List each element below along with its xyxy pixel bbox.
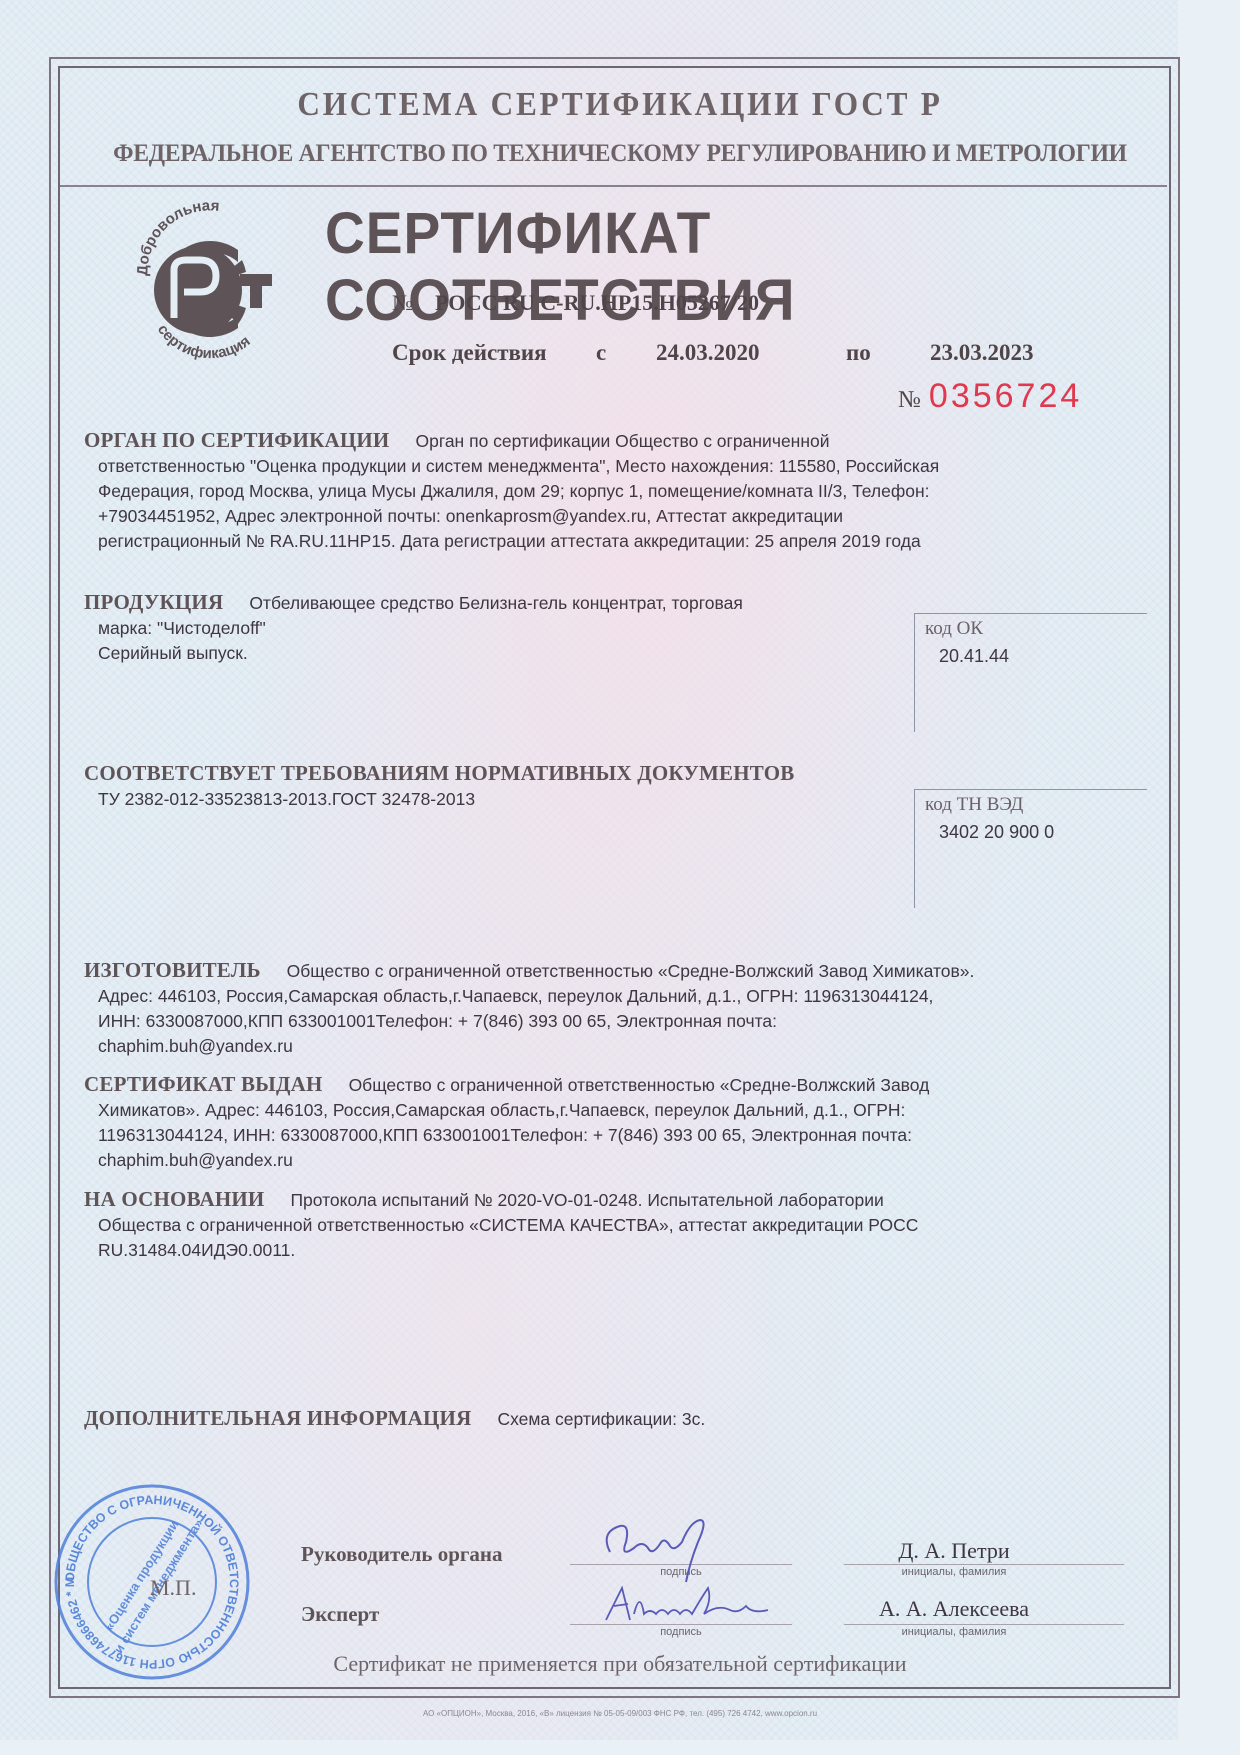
section-text-line: RU.31484.04ИДЭ0.0011. [98,1238,1164,1263]
system-title: СИСТЕМА СЕРТИФИКАЦИИ ГОСТ Р [50,86,1191,124]
printer-imprint: АО «ОПЦИОН», Москва, 2016, «В» лицензия … [0,1709,1240,1718]
tnved-code-value: 3402 20 900 0 [939,822,1147,843]
basis-first-line: Протокола испытаний № 2020-VO-01-0248. И… [290,1190,883,1210]
rst-logo: Добровольная сертификация [130,200,290,360]
manufacturer-heading: ИЗГОТОВИТЕЛЬ [84,958,261,982]
validity-label: Срок действия [392,340,547,366]
section-text-line: Серийный выпуск. [98,641,914,666]
section-text-line: +79034451952, Адрес электронной почты: o… [98,504,1124,529]
expert-name-caption: инициалы, фамилия [844,1626,1064,1638]
section-text-line: chaphim.buh@yandex.ru [98,1034,1164,1059]
okpd-code-value: 20.41.44 [939,646,1147,667]
expert-label: Эксперт [301,1602,379,1627]
certificate-number: РОСС RU С-RU.НР15.Н05267/20 [435,290,759,315]
valid-to-date: 23.03.2023 [930,340,1034,366]
serial-sign: № [898,387,921,413]
conformity-heading: СООТВЕТСТВУЕТ ТРЕБОВАНИЯМ НОРМАТИВНЫХ ДО… [84,761,794,785]
issued-to-text: Химикатов». Адрес: 446103, Россия,Самарс… [84,1098,1164,1173]
section-basis: НА ОСНОВАНИИПротокола испытаний № 2020-V… [84,1187,1164,1263]
okpd-code-box: код ОК 20.41.44 [914,613,1147,732]
section-certification-body: ОРГАН ПО СЕРТИФИКАЦИИОрган по сертификац… [84,428,1124,554]
section-text-line: ИНН: 6330087000,КПП 633001001Телефон: + … [98,1009,1164,1034]
valid-from-date: 24.03.2020 [656,340,760,366]
issued-to-first-line: Общество с ограниченной ответственностью… [349,1075,930,1095]
header-divider [60,185,1167,187]
section-text-line: марка: "Чистоделоff" [98,616,914,641]
basis-heading: НА ОСНОВАНИИ [84,1187,264,1211]
section-product: ПРОДУКЦИЯОтбеливающее средство Белизна-г… [84,590,914,666]
agency-name: ФЕДЕРАЛЬНОЕ АГЕНТСТВО ПО ТЕХНИЧЕСКОМУ РЕ… [43,138,1196,168]
section-text-line: ответственностью "Оценка продукции и сис… [98,454,1124,479]
section-text-line: Федерация, город Москва, улица Мусы Джал… [98,479,1124,504]
head-name: Д. А. Петри [844,1538,1064,1564]
rst-logo-icon: Добровольная сертификация [130,200,290,360]
section-issued-to: СЕРТИФИКАТ ВЫДАНОбщество с ограниченной … [84,1072,1164,1173]
serial-number-value: 0356724 [929,377,1082,415]
product-heading: ПРОДУКЦИЯ [84,590,223,614]
validity-to-label: по [846,340,871,366]
product-text: марка: "Чистоделоff"Серийный выпуск. [84,616,914,666]
tnved-code-box: код ТН ВЭД 3402 20 900 0 [914,789,1147,908]
certification-body-first-line: Орган по сертификации Общество с огранич… [415,431,829,451]
certificate-number-line: №РОСС RU С-RU.НР15.Н05267/20 [392,290,759,316]
section-conformity: СООТВЕТСТВУЕТ ТРЕБОВАНИЯМ НОРМАТИВНЫХ ДО… [84,761,914,812]
stamp-place-label: М.П. [150,1575,196,1601]
head-name-caption: инициалы, фамилия [844,1566,1064,1578]
section-manufacturer: ИЗГОТОВИТЕЛЬОбщество с ограниченной отве… [84,958,1164,1059]
expert-name: А. А. Алексеева [844,1596,1064,1622]
section-text-line: chaphim.buh@yandex.ru [98,1148,1164,1173]
additional-info-heading: ДОПОЛНИТЕЛЬНАЯ ИНФОРМАЦИЯ [84,1406,471,1430]
validity-from-label: с [596,340,606,366]
expert-signature-icon [600,1580,780,1630]
voluntary-only-note: Сертификат не применяется при обязательн… [0,1651,1240,1677]
product-first-line: Отбеливающее средство Белизна-гель конце… [249,593,743,613]
basis-text: Общества с ограниченной ответственностью… [84,1213,1164,1263]
blank-serial-number: №0356724 [898,377,1082,416]
section-text-line: Общества с ограниченной ответственностью… [98,1213,1164,1238]
expert-name-line [844,1624,1124,1625]
okpd-code-label: код ОК [925,618,1147,640]
certification-body-text: ответственностью "Оценка продукции и сис… [84,454,1124,554]
section-text-line: 1196313044124, ИНН: 6330087000,КПП 63300… [98,1123,1164,1148]
section-text-line: Химикатов». Адрес: 446103, Россия,Самарс… [98,1098,1164,1123]
section-text-line: регистрационный № RA.RU.11НР15. Дата рег… [98,529,1124,554]
number-sign: № [392,290,413,315]
issued-to-heading: СЕРТИФИКАТ ВЫДАН [84,1072,323,1096]
head-name-line [844,1564,1124,1565]
manufacturer-text: Адрес: 446103, Россия,Самарская область,… [84,984,1164,1059]
manufacturer-first-line: Общество с ограниченной ответственностью… [287,961,975,981]
head-of-body-label: Руководитель органа [301,1542,503,1567]
additional-info-text: Схема сертификации: 3с. [497,1409,705,1429]
section-additional-info: ДОПОЛНИТЕЛЬНАЯ ИНФОРМАЦИЯСхема сертифика… [84,1406,1164,1432]
section-text-line: ТУ 2382-012-33523813-2013.ГОСТ 32478-201… [98,787,914,812]
tnved-code-label: код ТН ВЭД [925,794,1147,816]
certification-body-heading: ОРГАН ПО СЕРТИФИКАЦИИ [84,428,389,452]
conformity-text: ТУ 2382-012-33523813-2013.ГОСТ 32478-201… [84,787,914,812]
section-text-line: Адрес: 446103, Россия,Самарская область,… [98,984,1164,1009]
